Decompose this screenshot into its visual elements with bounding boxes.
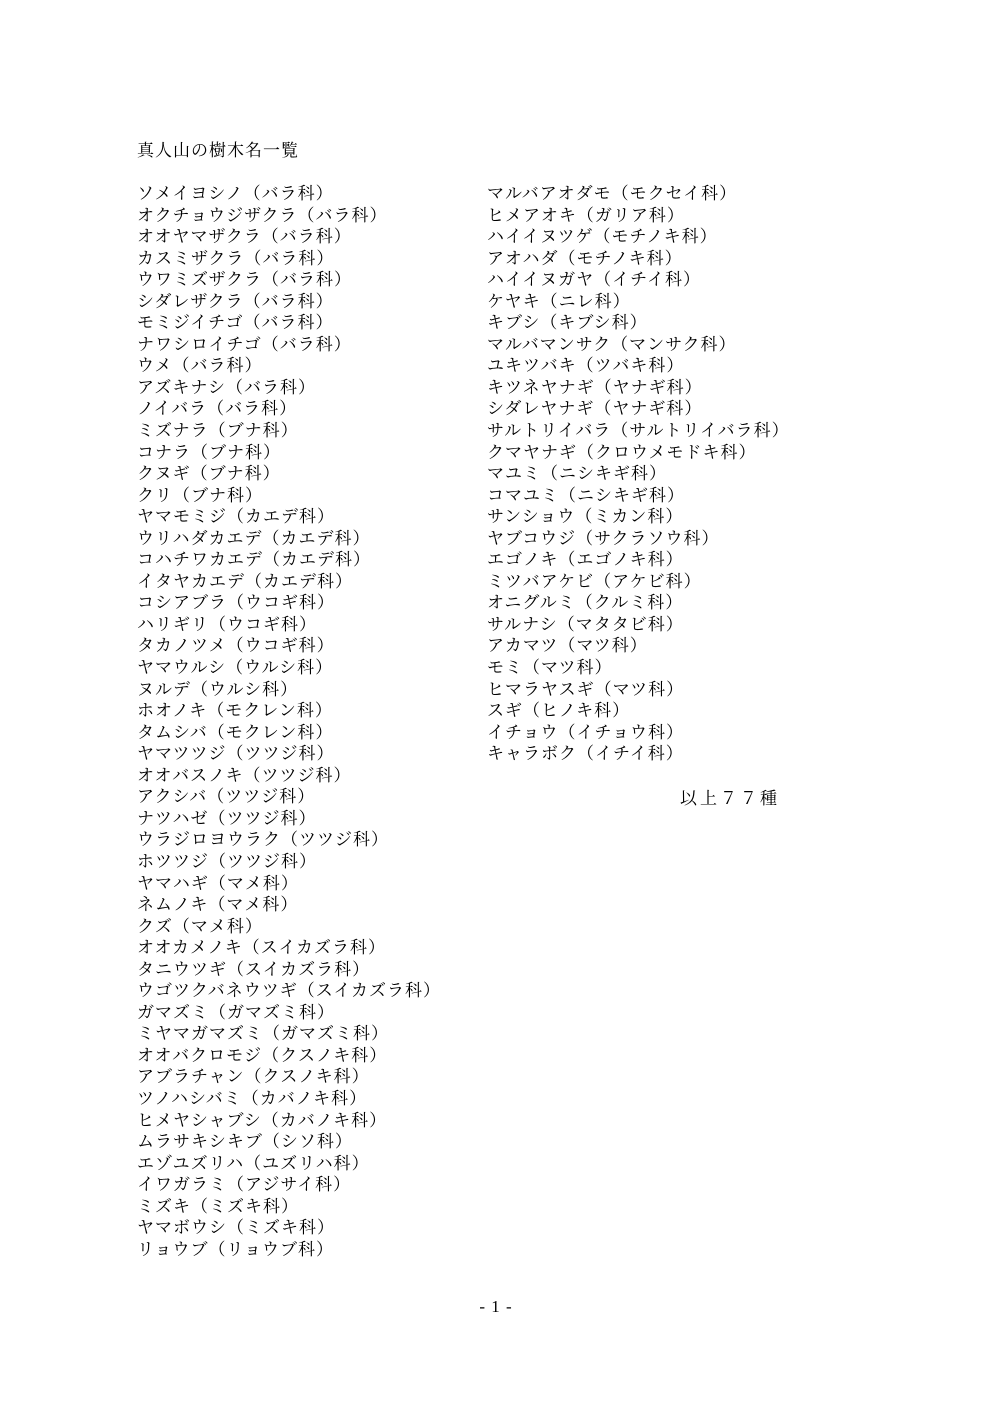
tree-entry: ミツバアケビ（アケビ科） [487,571,790,593]
tree-entry: アブラチャン（クスノキ科） [137,1066,441,1088]
tree-entry: クマヤナギ（クロウメモドキ科） [487,442,790,464]
tree-entry: アズキナシ（バラ科） [137,377,441,399]
tree-entry: マユミ（ニシキギ科） [487,463,790,485]
tree-entry: スギ（ヒノキ科） [487,700,790,722]
document-page: 真人山の樹木名一覧 ソメイヨシノ（バラ科）オクチョウジザクラ（バラ科）オオヤマザ… [0,0,992,1403]
tree-entry: オオヤマザクラ（バラ科） [137,226,441,248]
tree-entry: エゴノキ（エゴノキ科） [487,549,790,571]
tree-entry: ノイバラ（バラ科） [137,398,441,420]
tree-entry: ヤマハギ（マメ科） [137,873,441,895]
tree-entry: アカマツ（マツ科） [487,635,790,657]
tree-entry: ヤブコウジ（サクラソウ科） [487,528,790,550]
tree-entry: ヌルデ（ウルシ科） [137,679,441,701]
tree-entry: イチョウ（イチョウ科） [487,722,790,744]
tree-entry: タニウツギ（スイカズラ科） [137,959,441,981]
tree-entry: ナワシロイチゴ（バラ科） [137,334,441,356]
total-species-note: 以上７７種 [680,784,780,809]
tree-entry: クヌギ（ブナ科） [137,463,441,485]
tree-entry: キツネヤナギ（ヤナギ科） [487,377,790,399]
page-title: 真人山の樹木名一覧 [137,136,299,161]
tree-entry: ミズナラ（ブナ科） [137,420,441,442]
tree-entry: ナツハゼ（ツツジ科） [137,808,441,830]
tree-entry: ハイイヌガヤ（イチイ科） [487,269,790,291]
tree-entry: オクチョウジザクラ（バラ科） [137,205,441,227]
tree-entry: シダレザクラ（バラ科） [137,291,441,313]
tree-entry: ミズキ（ミズキ科） [137,1196,441,1218]
tree-entry: ソメイヨシノ（バラ科） [137,183,441,205]
tree-entry: マルバアオダモ（モクセイ科） [487,183,790,205]
tree-entry: ホオノキ（モクレン科） [137,700,441,722]
tree-entry: アクシバ（ツツジ科） [137,786,441,808]
tree-entry: コハチワカエデ（カエデ科） [137,549,441,571]
tree-entry: コナラ（ブナ科） [137,442,441,464]
tree-entry: ヒマラヤスギ（マツ科） [487,679,790,701]
tree-entry: ヤマモミジ（カエデ科） [137,506,441,528]
tree-entry: ヤマツツジ（ツツジ科） [137,743,441,765]
tree-entry: ウリハダカエデ（カエデ科） [137,528,441,550]
tree-list-column-1: ソメイヨシノ（バラ科）オクチョウジザクラ（バラ科）オオヤマザクラ（バラ科）カスミ… [137,183,441,1260]
tree-entry: ヒメアオキ（ガリア科） [487,205,790,227]
tree-entry: シダレヤナギ（ヤナギ科） [487,398,790,420]
tree-entry: ウゴツクバネウツギ（スイカズラ科） [137,980,441,1002]
tree-entry: エゾユズリハ（ユズリハ科） [137,1153,441,1175]
tree-entry: ハイイヌツゲ（モチノキ科） [487,226,790,248]
tree-entry: クリ（ブナ科） [137,485,441,507]
tree-entry: ウワミズザクラ（バラ科） [137,269,441,291]
tree-entry: ツノハシバミ（カバノキ科） [137,1088,441,1110]
tree-entry: タカノツメ（ウコギ科） [137,635,441,657]
tree-entry: ウラジロヨウラク（ツツジ科） [137,829,441,851]
tree-entry: コマユミ（ニシキギ科） [487,485,790,507]
tree-entry: オオバクロモジ（クスノキ科） [137,1045,441,1067]
page-number: - 1 - [0,1297,992,1317]
tree-entry: カスミザクラ（バラ科） [137,248,441,270]
tree-entry: ネムノキ（マメ科） [137,894,441,916]
tree-entry: ガマズミ（ガマズミ科） [137,1002,441,1024]
tree-entry: モミ（マツ科） [487,657,790,679]
tree-entry: オオカメノキ（スイカズラ科） [137,937,441,959]
tree-entry: オニグルミ（クルミ科） [487,592,790,614]
tree-entry: サルナシ（マタタビ科） [487,614,790,636]
tree-entry: ウメ（バラ科） [137,355,441,377]
tree-entry: タムシバ（モクレン科） [137,722,441,744]
tree-entry: ヒメヤシャブシ（カバノキ科） [137,1110,441,1132]
tree-entry: ユキツバキ（ツバキ科） [487,355,790,377]
tree-entry: ヤマボウシ（ミズキ科） [137,1217,441,1239]
tree-entry: サンショウ（ミカン科） [487,506,790,528]
tree-entry: イタヤカエデ（カエデ科） [137,571,441,593]
tree-list-column-2: マルバアオダモ（モクセイ科）ヒメアオキ（ガリア科）ハイイヌツゲ（モチノキ科）アオ… [487,183,790,765]
tree-entry: ハリギリ（ウコギ科） [137,614,441,636]
tree-entry: ムラサキシキブ（シソ科） [137,1131,441,1153]
tree-entry: ケヤキ（ニレ科） [487,291,790,313]
tree-entry: ヤマウルシ（ウルシ科） [137,657,441,679]
tree-entry: キブシ（キブシ科） [487,312,790,334]
tree-entry: ミヤマガマズミ（ガマズミ科） [137,1023,441,1045]
tree-entry: リョウブ（リョウブ科） [137,1239,441,1261]
tree-entry: コシアブラ（ウコギ科） [137,592,441,614]
tree-entry: ホツツジ（ツツジ科） [137,851,441,873]
tree-entry: オオバスノキ（ツツジ科） [137,765,441,787]
tree-entry: クズ（マメ科） [137,916,441,938]
tree-entry: イワガラミ（アジサイ科） [137,1174,441,1196]
tree-entry: マルバマンサク（マンサク科） [487,334,790,356]
tree-entry: サルトリイバラ（サルトリイバラ科） [487,420,790,442]
tree-entry: アオハダ（モチノキ科） [487,248,790,270]
tree-entry: キャラボク（イチイ科） [487,743,790,765]
tree-entry: モミジイチゴ（バラ科） [137,312,441,334]
